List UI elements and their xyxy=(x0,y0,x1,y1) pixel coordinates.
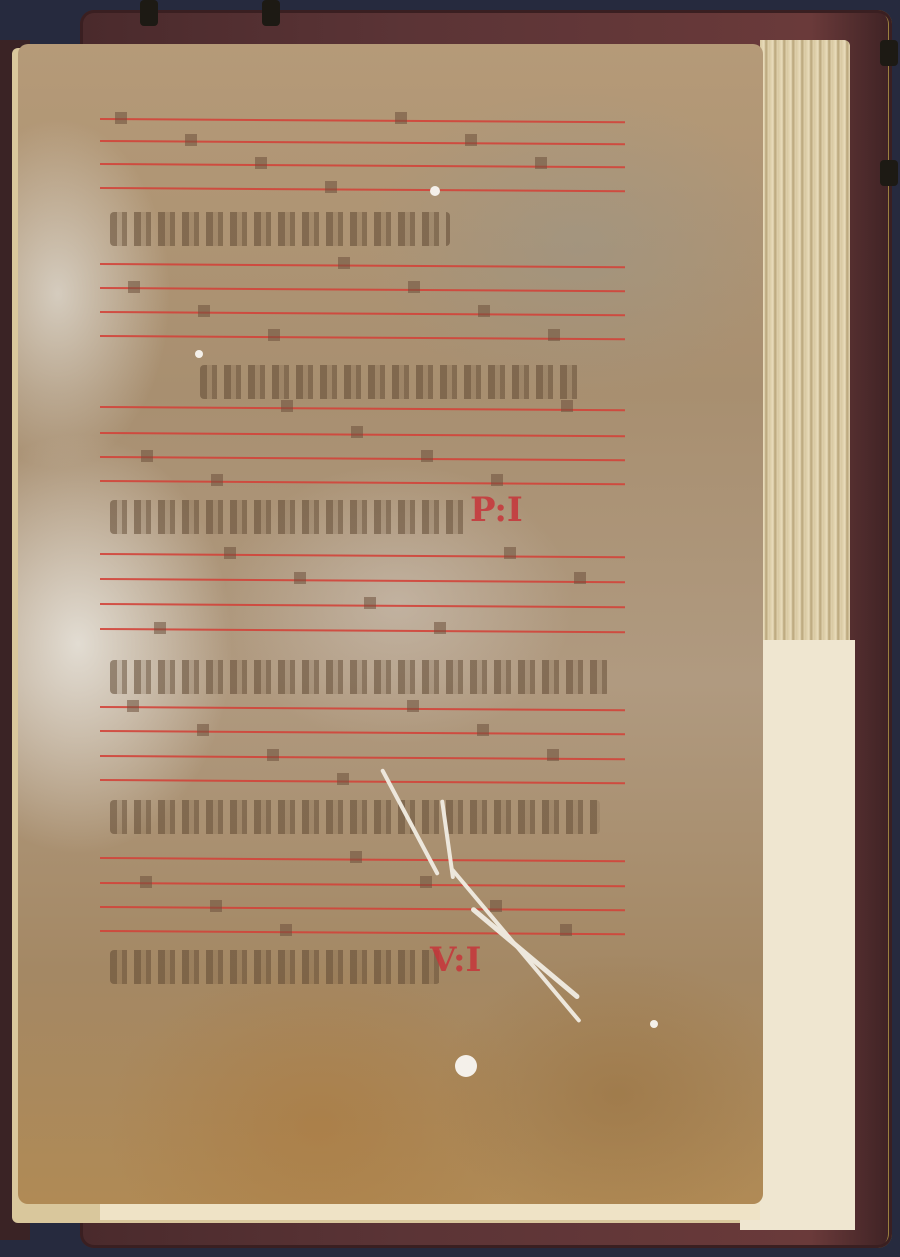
neume-note xyxy=(548,329,560,341)
neume-note xyxy=(490,900,502,912)
neume-note xyxy=(547,749,559,761)
neume-note xyxy=(434,622,446,634)
neume-note xyxy=(478,305,490,317)
neume-note xyxy=(211,474,223,486)
neume-note xyxy=(407,700,419,712)
faded-text-line xyxy=(110,950,440,984)
parchment-hole xyxy=(650,1020,658,1028)
neume-note xyxy=(294,572,306,584)
neume-note xyxy=(408,281,420,293)
neume-note xyxy=(281,400,293,412)
neume-note xyxy=(210,900,222,912)
faded-text-line xyxy=(110,800,600,834)
parchment-hole xyxy=(195,350,203,358)
neume-note xyxy=(197,724,209,736)
neume-note xyxy=(198,305,210,317)
faded-text-line xyxy=(110,500,470,534)
neume-note xyxy=(154,622,166,634)
neume-note xyxy=(185,134,197,146)
neume-note xyxy=(268,329,280,341)
neume-note xyxy=(337,773,349,785)
faded-text-line xyxy=(200,365,580,399)
faded-text-line xyxy=(110,212,450,246)
neume-note xyxy=(115,112,127,124)
neume-note xyxy=(504,547,516,559)
neume-note xyxy=(140,876,152,888)
neume-note xyxy=(350,851,362,863)
neume-note xyxy=(477,724,489,736)
neume-note xyxy=(224,547,236,559)
neume-note xyxy=(560,924,572,936)
clasp-icon xyxy=(880,40,898,66)
neume-note xyxy=(325,181,337,193)
neume-note xyxy=(127,700,139,712)
neume-note xyxy=(421,450,433,462)
neume-note xyxy=(395,112,407,124)
clasp-icon xyxy=(880,160,898,186)
neume-note xyxy=(465,134,477,146)
neume-note xyxy=(561,400,573,412)
neume-note xyxy=(491,474,503,486)
neume-note xyxy=(141,450,153,462)
neume-note xyxy=(364,597,376,609)
neume-note xyxy=(351,426,363,438)
clasp-icon xyxy=(140,0,158,26)
red-rubric: P:I xyxy=(470,490,523,530)
parchment-hole xyxy=(430,186,440,196)
parchment-hole xyxy=(455,1055,477,1077)
neume-note xyxy=(280,924,292,936)
neume-note xyxy=(267,749,279,761)
neume-note xyxy=(255,157,267,169)
neume-note xyxy=(420,876,432,888)
neume-note xyxy=(128,281,140,293)
neume-note xyxy=(338,257,350,269)
neume-note xyxy=(574,572,586,584)
clasp-icon xyxy=(262,0,280,26)
neume-note xyxy=(535,157,547,169)
faded-text-line xyxy=(110,660,610,694)
red-rubric: V:I xyxy=(430,940,481,980)
